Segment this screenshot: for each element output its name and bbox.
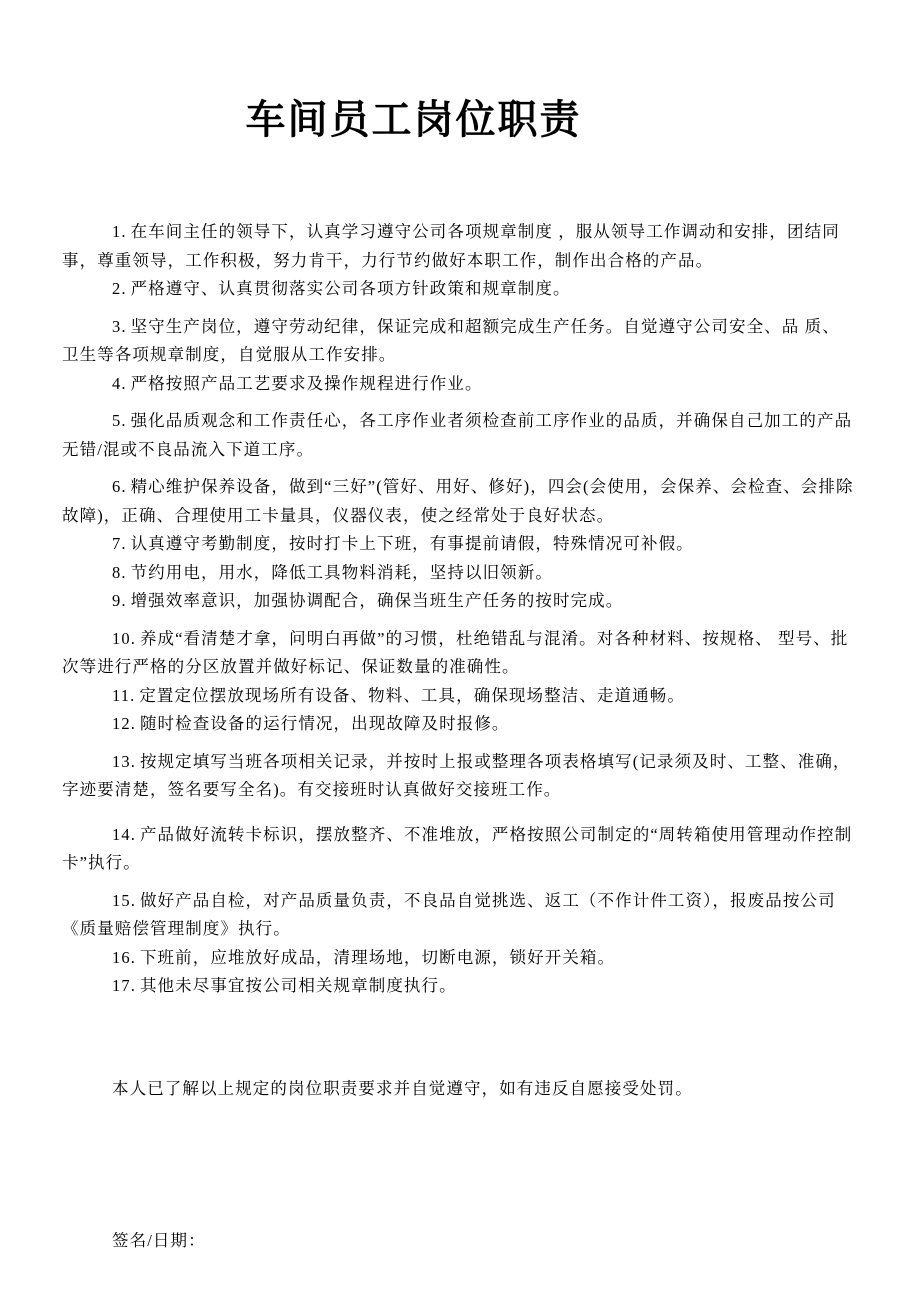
list-item: 8.节约用电，用水，降低工具物料消耗，坚持以旧领新。	[62, 559, 855, 588]
list-item: 17.其他未尽事宜按公司相关规章制度执行。	[62, 972, 855, 1001]
signature-date-label: 签名/日期：	[62, 1227, 855, 1256]
item-text: 严格遵守、认真贯彻落实公司各项方针政策和规章制度。	[131, 279, 571, 298]
item-number: 9.	[112, 591, 131, 610]
item-text: 精心维护保养设备，做到“三好”(管好、用好、修好)，四会(会使用，会保养、会检查…	[62, 477, 854, 525]
list-item: 14.产品做好流转卡标识，摆放整齐、不准堆放，严格按照公司制定的“周转箱使用管理…	[62, 821, 855, 878]
document-page: 车间员工岗位职责 1.在车间主任的领导下，认真学习遵守公司各项规章制度 ，服从领…	[0, 0, 920, 1302]
item-number: 13.	[112, 752, 140, 771]
item-text: 产品做好流转卡标识，摆放整齐、不准堆放，严格按照公司制定的“周转箱使用管理动作控…	[62, 825, 852, 873]
item-number: 3.	[112, 317, 131, 336]
item-text: 增强效率意识，加强协调配合，确保当班生产任务的按时完成。	[131, 591, 624, 610]
list-item: 7.认真遵守考勤制度，按时打卡上下班，有事提前请假，特殊情况可补假。	[62, 530, 855, 559]
list-item: 1.在车间主任的领导下，认真学习遵守公司各项规章制度 ，服从领导工作调动和安排，…	[62, 218, 855, 275]
item-text: 下班前，应堆放好成品，清理场地，切断电源，锁好开关箱。	[140, 948, 615, 967]
list-item: 9.增强效率意识，加强协调配合，确保当班生产任务的按时完成。	[62, 587, 855, 616]
list-item: 12.随时检查设备的运行情况，出现故障及时报修。	[62, 710, 855, 739]
item-text: 节约用电，用水，降低工具物料消耗，坚持以旧领新。	[131, 563, 553, 582]
item-number: 8.	[112, 563, 131, 582]
document-title: 车间员工岗位职责	[62, 96, 765, 144]
list-item: 15.做好产品自检，对产品质量负责，不良品自觉挑选、返工（不作计件工资），报废品…	[62, 887, 855, 944]
list-item: 16.下班前，应堆放好成品，清理场地，切断电源，锁好开关箱。	[62, 944, 855, 973]
item-number: 2.	[112, 279, 131, 298]
item-number: 5.	[112, 411, 131, 430]
responsibility-list: 1.在车间主任的领导下，认真学习遵守公司各项规章制度 ，服从领导工作调动和安排，…	[62, 218, 855, 1001]
item-number: 7.	[112, 534, 131, 553]
list-item: 4.严格按照产品工艺要求及操作规程进行作业。	[62, 370, 855, 399]
item-number: 6.	[112, 477, 131, 496]
list-item: 2.严格遵守、认真贯彻落实公司各项方针政策和规章制度。	[62, 275, 855, 304]
item-text: 在车间主任的领导下，认真学习遵守公司各项规章制度 ，服从领导工作调动和安排，团结…	[62, 222, 840, 270]
item-text: 做好产品自检，对产品质量负责，不良品自觉挑选、返工（不作计件工资），报废品按公司…	[62, 891, 836, 939]
item-text: 严格按照产品工艺要求及操作规程进行作业。	[131, 374, 483, 393]
item-number: 12.	[112, 714, 140, 733]
list-item: 3.坚守生产岗位，遵守劳动纪律，保证完成和超额完成生产任务。自觉遵守公司安全、品…	[62, 313, 855, 370]
item-text: 随时检查设备的运行情况，出现故障及时报修。	[140, 714, 510, 733]
item-number: 16.	[112, 948, 140, 967]
item-text: 按规定填写当班各项相关记录，并按时上报或整理各项表格填写(记录须及时、工整、准确…	[62, 752, 851, 800]
item-text: 定置定位摆放现场所有设备、物料、工具，确保现场整洁、走道通畅。	[139, 686, 685, 705]
item-text: 坚守生产岗位，遵守劳动纪律，保证完成和超额完成生产任务。自觉遵守公司安全、品 质…	[62, 317, 840, 365]
list-item: 6.精心维护保养设备，做到“三好”(管好、用好、修好)，四会(会使用，会保养、会…	[62, 473, 855, 530]
item-number: 14.	[112, 825, 140, 844]
item-text: 养成“看清楚才拿，问明白再做”的习惯，杜绝错乱与混淆。对各种材料、按规格、 型号…	[62, 629, 848, 677]
item-text: 认真遵守考勤制度，按时打卡上下班，有事提前请假，特殊情况可补假。	[131, 534, 694, 553]
item-number: 4.	[112, 374, 131, 393]
closing-statement: 本人已了解以上规定的岗位职责要求并自觉遵守，如有违反自愿接受处罚。	[62, 1075, 855, 1104]
item-number: 15.	[112, 891, 140, 910]
item-number: 11.	[112, 686, 139, 705]
list-item: 10.养成“看清楚才拿，问明白再做”的习惯，杜绝错乱与混淆。对各种材料、按规格、…	[62, 625, 855, 682]
item-text: 强化品质观念和工作责任心，各工序作业者须检查前工序作业的品质，并确保自己加工的产…	[62, 411, 852, 459]
item-number: 17.	[112, 976, 140, 995]
list-item: 13.按规定填写当班各项相关记录，并按时上报或整理各项表格填写(记录须及时、工整…	[62, 748, 855, 805]
list-item: 11.定置定位摆放现场所有设备、物料、工具，确保现场整洁、走道通畅。	[62, 682, 855, 711]
item-number: 1.	[112, 222, 131, 241]
item-text: 其他未尽事宜按公司相关规章制度执行。	[140, 976, 457, 995]
list-item: 5.强化品质观念和工作责任心，各工序作业者须检查前工序作业的品质，并确保自己加工…	[62, 407, 855, 464]
item-number: 10.	[112, 629, 140, 648]
